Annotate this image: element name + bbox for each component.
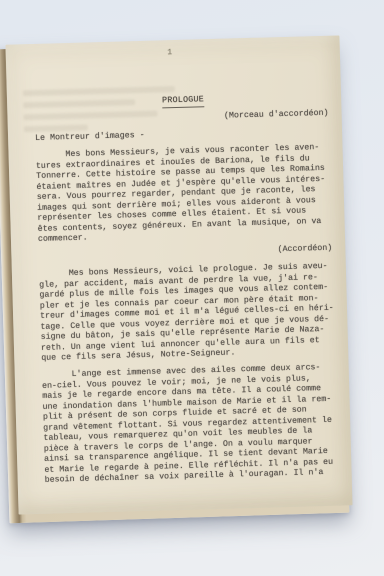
- stage-direction-accordeon: (Accordéon): [277, 244, 332, 255]
- ink-bleedthrough: [23, 111, 157, 121]
- page-number: 1: [6, 44, 334, 62]
- typewritten-page: 1 PROLOGUE (Morceau d'accordéon) Le Mont…: [6, 35, 353, 514]
- paragraph-1: Mes bons Messieurs, je vais vous raconte…: [35, 143, 326, 246]
- page-title: PROLOGUE: [162, 94, 204, 108]
- paragraph-2: Mes bons Messieurs, voici le prologue. J…: [39, 262, 335, 365]
- stage-direction-morceau: (Morceau d'accordéon): [224, 109, 329, 121]
- ink-bleedthrough: [24, 124, 88, 132]
- speaker-line: Le Montreur d'images -: [35, 131, 145, 143]
- photo-background: 1 PROLOGUE (Morceau d'accordéon) Le Mont…: [0, 0, 384, 576]
- paragraph-3: L'ange est immense avec des ailes comme …: [42, 363, 334, 487]
- ink-bleedthrough: [23, 86, 175, 96]
- ink-bleedthrough: [23, 99, 135, 108]
